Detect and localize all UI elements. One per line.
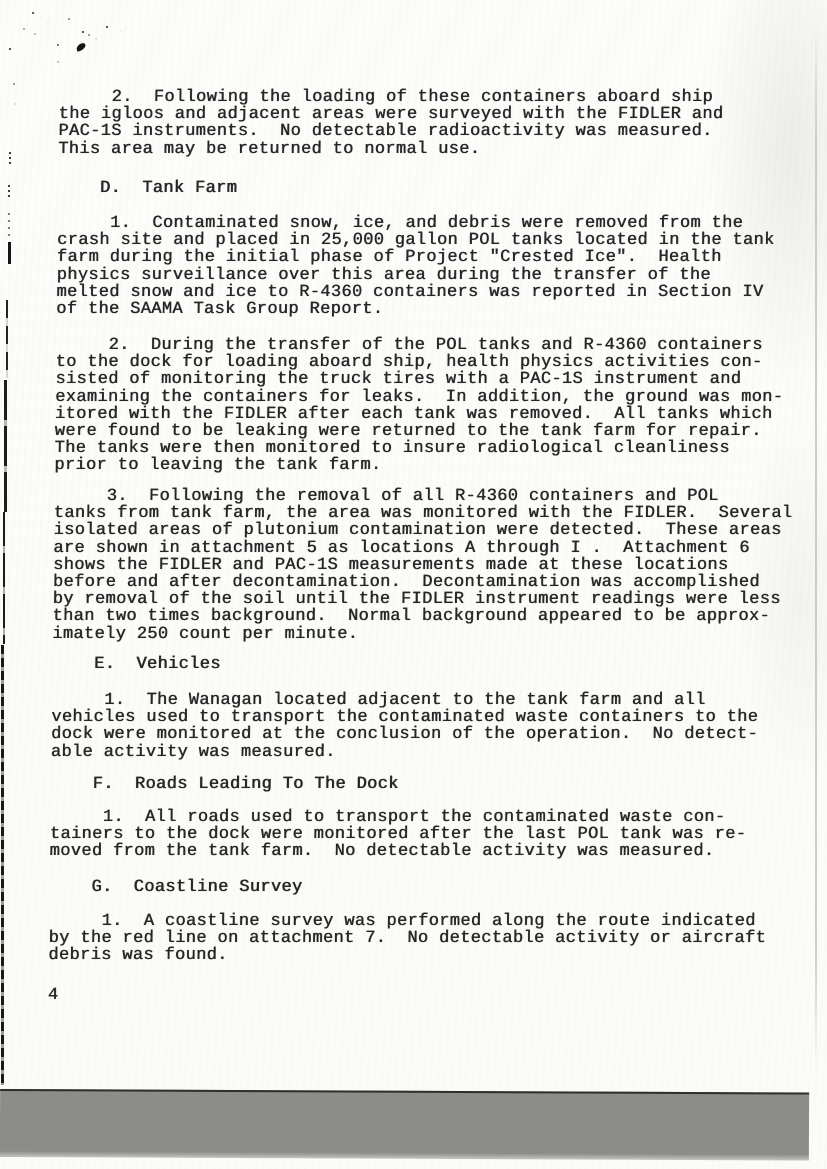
scan-edge-line: [3, 512, 6, 644]
scan-dash: [8, 242, 11, 264]
left-margin-scan-marks: [0, 0, 20, 1169]
page-number: 4: [48, 987, 59, 1004]
typewritten-text: 2. Following the loading of these contai…: [46, 0, 800, 1169]
scan-edge-line: [4, 380, 7, 512]
section-heading-f-roads: F. Roads Leading To The Dock: [50, 776, 398, 793]
scan-dash: [8, 213, 10, 239]
section-heading-g-coastline-survey: G. Coastline Survey: [49, 879, 302, 896]
section-g-paragraph-1: 1. A coastline survey was performed alon…: [48, 913, 766, 965]
scan-edge-line: [1, 645, 4, 1085]
right-edge-scan-line: [815, 20, 817, 1075]
section-e-paragraph-1: 1. The Wanagan located adjacent to the t…: [51, 692, 759, 761]
section-d-paragraph-3: 3. Following the removal of all R-4360 c…: [52, 488, 793, 643]
scan-edge-line: [6, 300, 8, 378]
document-page: 2. Following the loading of these contai…: [0, 0, 827, 1169]
section-f-paragraph-1: 1. All roads used to transport the conta…: [49, 809, 746, 861]
section-d-paragraph-1: 1. Contaminated snow, ice, and debris we…: [56, 215, 775, 318]
paragraph-continued-2: 2. Following the loading of these contai…: [58, 89, 724, 158]
scanner-artifact-band: [0, 1089, 809, 1161]
scan-dash: [9, 152, 11, 164]
section-d-paragraph-2: 2. During the transfer of the POL tanks …: [54, 337, 784, 475]
section-heading-d-tank-farm: D. Tank Farm: [58, 180, 238, 197]
scan-dash: [8, 185, 10, 199]
section-heading-e-vehicles: E. Vehicles: [52, 656, 221, 673]
